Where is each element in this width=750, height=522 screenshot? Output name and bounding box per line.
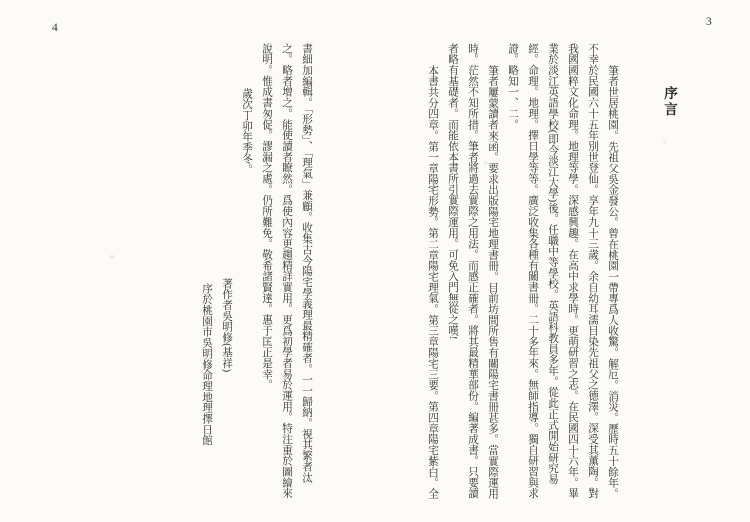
text-column-left-1: 書細加編輯。「形勢」、「理氣」兼顧。收集古今陽宅學義理最精確者。一一歸納。視其繁… [296,43,316,509]
text-column-right-3: 我國國粹文化命理。地理等學。深感興趣。在高中求學時。更萌研習之志。在民國四十六年… [562,43,582,509]
page-left: 4 書細加編輯。「形勢」、「理氣」兼顧。收集古今陽宅學義理最精確者。一一歸納。視… [0,0,375,522]
text-column-right-1: 筆者世居桃園。先祖父吳金發公。曾在桃園一帶專爲人收驚。解厄。消災。歷時五十餘年。 [602,43,622,509]
text-column-right-10: 本書共分四章。第一章陽宅形勢。第二章陽宅理氣。第三章陽宅三要。第四章陽宅紫白。全 [422,43,442,509]
text-column-right-8: 時。茫然不知所措。筆者將過去實際之用法。而感正確者。將其最精華部份。編著成書。只… [462,43,482,509]
text-column-date: 歲次丁卯年季冬。 [236,43,256,509]
scan-speck [300,430,304,433]
text-column-venue: 序於桃園市吳明修命理地理擇日館 [196,43,216,509]
scan-speck [663,140,667,144]
text-column-left-3: 說明。惟成書匆促。謬漏之處。仍所難免。敬希諸賢達。惠于匡正是幸。 [256,43,276,509]
preface-title: 序言 [659,86,679,118]
text-column-left-2: 之。略者增之。能使讀者瞭然。爲使內容更趨精詳實用。更爲初學者易於運用。特注重於圖… [276,43,296,509]
page-number-left: 4 [52,23,58,35]
text-column-right-2: 不幸於民國六十五年別世登仙。享年九十三歲。余自幼耳濡目染先祖父之德澤。深受其薰陶… [582,43,602,509]
text-column-right-5: 經。命理。地理。擇日學等等。廣泛收集各種有關書冊。二十多年來。無師指導。獨自研習… [522,43,542,509]
left-page-text-block: 書細加編輯。「形勢」、「理氣」兼顧。收集古今陽宅學義理最精確者。一一歸納。視其繁… [196,43,316,509]
text-column-right-6: 證。略知一、二。 [502,43,522,509]
scan-speck [483,161,488,165]
text-column-right-9: 者略有基礎者。而能依本書所引實際運用。可免入門無從之嘆! [442,43,462,509]
scan-speck [109,255,115,259]
right-page-text-block: 筆者世居桃園。先祖父吳金發公。曾在桃園一帶專爲人收驚。解厄。消災。歷時五十餘年。… [422,43,622,509]
text-column-right-4: 業於淡江英語學校(即今淡江大學)後。任職中等學校。英語科教員多年。從此正式開始研… [542,43,562,509]
page-number-right: 3 [706,17,712,29]
text-column-right-7: 筆者屢蒙讀者來函。要求出版陽宅地理書冊。目前坊間所售有關陽宅書冊甚多。當實際運用 [482,43,502,509]
text-column-author: 著作者吳明修(基祥) [216,43,236,509]
scanned-book-spread: 4 書細加編輯。「形勢」、「理氣」兼顧。收集古今陽宅學義理最精確者。一一歸納。視… [0,0,750,522]
